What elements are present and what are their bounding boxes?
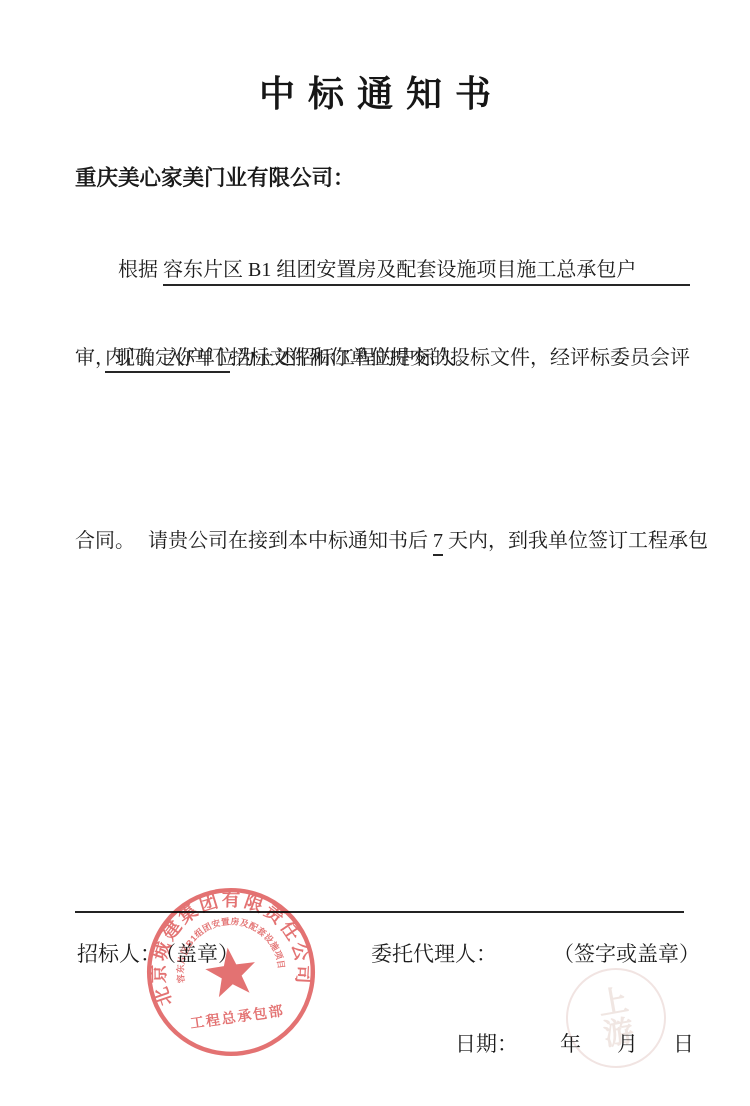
company-seal-stamp: 北京城建集团有限责任公司 容东片区B1组团安置房及配套设施项目 工程总承包部 <box>132 873 331 1072</box>
paragraph2-line1-prefix: 请贵公司在接到本中标通知书后 <box>105 530 433 552</box>
document-page: 中标通知书 重庆美心家美门业有限公司： 根据 容东片区 B1 组团安置房及配套设… <box>0 0 750 1106</box>
signature-divider-line <box>75 911 684 913</box>
agent-label: 委托代理人： <box>371 938 497 968</box>
paragraph1-line2: 内门、入户门 招标文件和你单位提交的投标文件，经评标委员会评 <box>75 292 690 336</box>
paragraph2-line1-rest: 天内，到我单位签订工程承包 <box>443 530 708 552</box>
date-month-label: 月 <box>617 1028 638 1058</box>
paragraph2-line1: 请贵公司在接到本中标通知书后 7 天内，到我单位签订工程承包 <box>75 474 690 519</box>
date-label: 日期： <box>455 1028 518 1058</box>
seal-hint: （盖章） <box>155 938 239 968</box>
page-title: 中标通知书 <box>0 66 750 117</box>
paragraph1-line1: 根据 容东片区 B1 组团安置房及配套设施项目施工总承包户 <box>75 248 690 292</box>
paragraph1-line1-underlined-project-name: 容东片区 B1 组团安置房及配套设施项目施工总承包户 <box>163 248 690 286</box>
addressee-line: 重庆美心家美门业有限公司： <box>75 161 355 192</box>
sign-or-seal-hint: （签字或盖章） <box>553 938 700 968</box>
paragraph2-days-value: 7 <box>433 530 443 556</box>
date-day-label: 日 <box>673 1028 694 1058</box>
stamp-outer-circle <box>139 880 324 1065</box>
body-paragraph-1: 根据 容东片区 B1 组团安置房及配套设施项目施工总承包户 内门、入户门 招标文… <box>75 248 690 380</box>
stamp-bottom-text: 工程总承包部 <box>189 1002 285 1031</box>
bidder-label: 招标人： <box>77 938 161 968</box>
news-watermark: 上 游 <box>558 960 674 1076</box>
body-paragraph-2: 请贵公司在接到本中标通知书后 7 天内，到我单位签订工程承包 合同。 <box>75 474 690 564</box>
paragraph1-line1-prefix: 根据 <box>75 248 163 292</box>
date-year-label: 年 <box>560 1028 581 1058</box>
